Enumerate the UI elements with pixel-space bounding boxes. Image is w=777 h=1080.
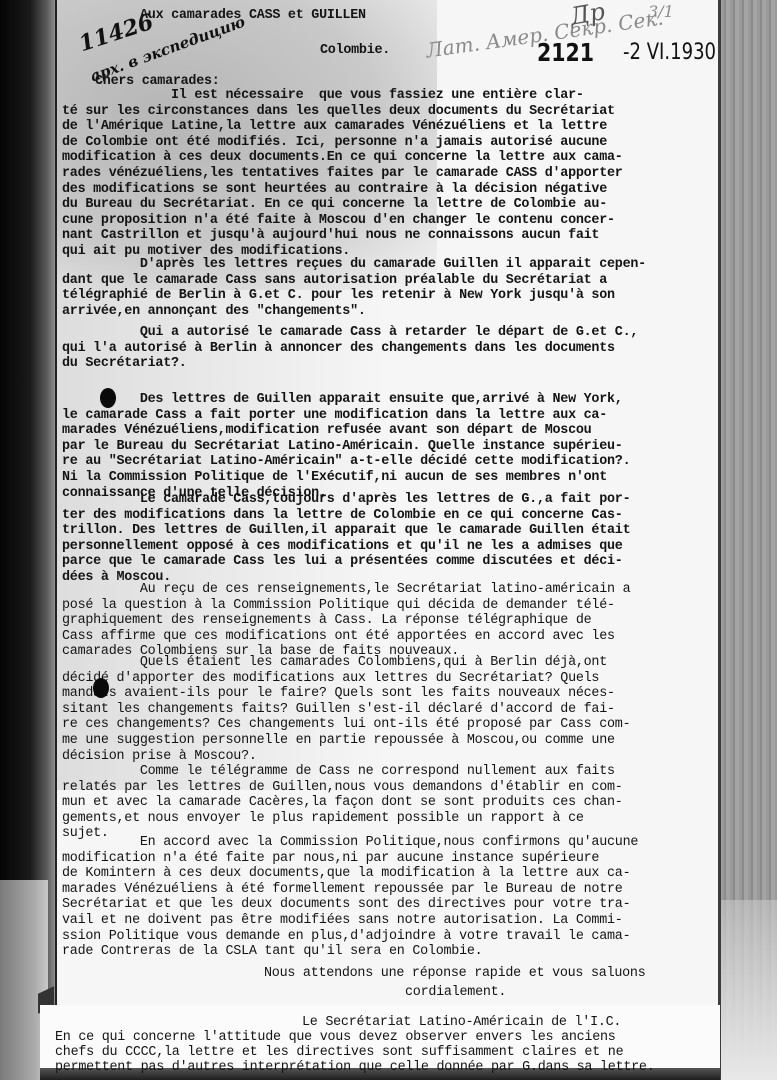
body-line: rades vénézuéliens,les tentatives faites… bbox=[62, 166, 623, 182]
body-line: En accord avec la Commission Politique,n… bbox=[62, 835, 638, 851]
body-line: Le camarade Cass,toujours d'après les le… bbox=[62, 492, 630, 508]
body-line: décidé d'apporter des modifications aux … bbox=[62, 671, 599, 687]
addressee-country: Colombie. bbox=[320, 43, 390, 59]
body-line: qui l'a autorisé à Berlin à annoncer des… bbox=[62, 341, 615, 357]
body-line: vail et ne doivent pas être modifiées sa… bbox=[62, 913, 623, 929]
body-line: Cass affirme que ces modifications ont é… bbox=[62, 629, 615, 645]
body-line: gements,et nous envoyer le plus rapideme… bbox=[62, 811, 584, 827]
body-line: Ni la Commission Politique de l'Exécutif… bbox=[62, 470, 607, 486]
body-line: me une suggestion personnelle en partie … bbox=[62, 733, 615, 749]
body-line: Quels étaient les camarades Colombiens,q… bbox=[62, 655, 607, 671]
body-line: de Komintern à ces deux documents,que la… bbox=[62, 866, 630, 882]
punch-hole bbox=[100, 388, 116, 408]
body-line: trillon. Des lettres de Guillen,il appar… bbox=[62, 523, 630, 539]
body-line: re au "Secrétariat Latino-Américain" a-t… bbox=[62, 454, 630, 470]
addressee-line: Aux camarades CASS et GUILLEN bbox=[140, 8, 366, 24]
body-line: modification à ces deux documents.En ce … bbox=[62, 150, 623, 166]
body-line: D'après les lettres reçues du camarade G… bbox=[62, 257, 646, 273]
body-line: décision prise à Moscou?. bbox=[62, 749, 257, 765]
body-line: ssion Politique vous demande en plus,d'a… bbox=[62, 929, 630, 945]
body-line: du Bureau du Secrétariat. En ce qui conc… bbox=[62, 197, 607, 213]
body-line: du Secrétariat?. bbox=[62, 356, 187, 372]
body-line: sitant les changements faits? Guillen s'… bbox=[62, 702, 615, 718]
body-line: Au reçu de ces renseignements,le Secréta… bbox=[62, 582, 630, 598]
body-line: marades Vénézuéliens,modification refusé… bbox=[62, 423, 591, 439]
body-line: modification n'a été faite par nous,ni p… bbox=[62, 851, 599, 867]
punch-hole bbox=[93, 678, 109, 698]
body-line: rade Contreras de la CSLA tant qu'il ser… bbox=[62, 944, 482, 960]
body-line: re ces changements? Ces changements lui … bbox=[62, 717, 630, 733]
body-line: dant que le camarade Cass sans autorisat… bbox=[62, 273, 607, 289]
postscript-line: chefs du CCCC,la lettre et les directive… bbox=[55, 1045, 623, 1061]
postscript-line: En ce qui concerne l'attitude que vous d… bbox=[55, 1030, 616, 1046]
body-line: personnellement opposé à ces modificatio… bbox=[62, 539, 623, 555]
body-line: ter des modifications dans la lettre de … bbox=[62, 508, 623, 524]
scan-right-backing-lower bbox=[721, 900, 777, 1080]
body-line: Comme le télégramme de Cass ne correspon… bbox=[62, 764, 615, 780]
body-line: télégraphié de Berlin à G.et C. pour les… bbox=[62, 288, 615, 304]
body-line: de l'Amérique Latine,la lettre aux camar… bbox=[62, 119, 607, 135]
postscript-line: permettent pas d'autres interprétation q… bbox=[55, 1060, 655, 1076]
body-line: Qui a autorisé le camarade Cass à retard… bbox=[62, 325, 638, 341]
body-line: relatés par les lettres de Guillen,nous … bbox=[62, 780, 623, 796]
faint-archive-number: 3/1 bbox=[648, 2, 674, 21]
body-line: parce que le camarade Cass les lui a pré… bbox=[62, 554, 623, 570]
body-line: té sur les circonstances dans les quelle… bbox=[62, 104, 615, 120]
body-line: nant Castrillon et jusqu'à aujourd'hui n… bbox=[62, 228, 599, 244]
signature: Le Secrétariat Latino-Américain de l'I.C… bbox=[302, 1015, 621, 1031]
closing-line: Nous attendons une réponse rapide et vou… bbox=[264, 966, 646, 982]
body-line: mandats avaient-ils pour le faire? Quels… bbox=[62, 686, 615, 702]
date-stamp: -2 VI.1930 bbox=[623, 40, 716, 65]
body-line: mun et avec la camarade Cacères,la façon… bbox=[62, 795, 623, 811]
registry-number-stamp: 2121 bbox=[537, 38, 594, 67]
closing-line-2: cordialement. bbox=[405, 985, 506, 1001]
body-line: Des lettres de Guillen apparait ensuite … bbox=[62, 392, 623, 408]
body-line: arrivée,en annonçant des "changements". bbox=[62, 304, 366, 320]
body-line: marades Vénézuéliens à été formellement … bbox=[62, 882, 623, 898]
body-line: le camarade Cass a fait porter une modif… bbox=[62, 408, 607, 424]
body-line: Il est nécessaire que vous fassiez une e… bbox=[62, 88, 584, 104]
body-line: de Colombie ont été modifiés. Ici, perso… bbox=[62, 135, 607, 151]
body-line: posé la question à la Commission Politiq… bbox=[62, 598, 615, 614]
body-line: des modifications se sont heurtées au co… bbox=[62, 182, 607, 198]
body-line: cune proposition n'a été faite à Moscou … bbox=[62, 213, 615, 229]
body-line: par le Bureau du Secrétariat Latino-Amér… bbox=[62, 439, 623, 455]
body-line: graphiquement des renseignements à Cass.… bbox=[62, 613, 591, 629]
body-line: Secrétariat et que les deux documents so… bbox=[62, 897, 630, 913]
